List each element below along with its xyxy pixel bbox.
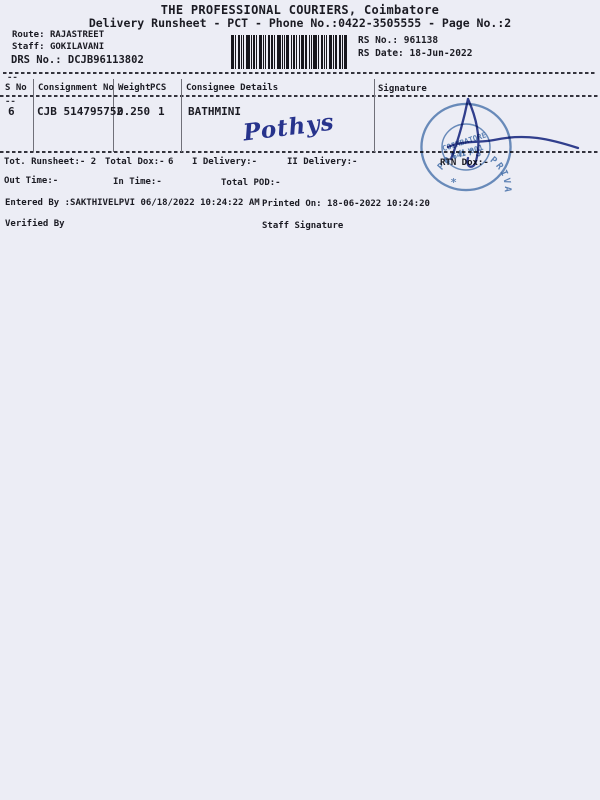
tot-runsheet-value: 2 — [91, 157, 96, 167]
i-delivery-label: I Delivery:- — [192, 157, 257, 167]
pen-flourish-signature — [438, 93, 583, 181]
col-header-signature: Signature — [378, 84, 427, 94]
rs-no-line: RS No.: 961138 — [358, 35, 438, 46]
col-header-pcs: PCS — [150, 83, 166, 93]
staff-line: Staff: GOKILAVANI — [12, 42, 104, 52]
tot-runsheet: Tot. Runsheet:- 2 — [4, 157, 96, 167]
rs-no-value: 961138 — [404, 35, 438, 46]
total-dox-value: 6 — [168, 157, 173, 167]
row-weight: 0.250 — [117, 105, 150, 118]
staff-signature-label: Staff Signature — [262, 221, 343, 231]
total-pod-label: Total POD:- — [221, 178, 281, 188]
staff-value: GOKILAVANI — [50, 42, 104, 52]
route-value: RAJASTREET — [50, 30, 104, 40]
runsheet-document: THE PROFESSIONAL COURIERS, Coimbatore De… — [0, 0, 600, 800]
dash-artifact-1: -- — [7, 73, 18, 83]
col-separator-1 — [33, 79, 34, 152]
barcode — [231, 35, 348, 69]
col-header-consignee: Consignee Details — [186, 83, 278, 93]
rs-no-label: RS No.: — [358, 35, 398, 46]
col-header-sno: S No — [5, 83, 27, 93]
page-title: THE PROFESSIONAL COURIERS, Coimbatore — [0, 3, 600, 17]
rs-date-label: RS Date: — [358, 48, 404, 59]
page-subtitle: Delivery Runsheet - PCT - Phone No.:0422… — [0, 16, 600, 30]
col-header-consignment: Consignment No — [38, 83, 114, 93]
drs-label: DRS No.: — [11, 54, 62, 66]
row-consignee: BATHMINI — [188, 105, 241, 118]
printed-on-line: Printed On: 18-06-2022 10:24:20 — [262, 199, 430, 209]
rs-date-value: 18-Jun-2022 — [410, 48, 473, 59]
drs-value: DCJB96113802 — [68, 54, 144, 66]
verified-by-label: Verified By — [5, 219, 65, 229]
row-sno: 6 — [8, 105, 15, 118]
entered-by-line: Entered By :SAKTHIVELPVI 06/18/2022 10:2… — [5, 198, 260, 208]
ii-delivery-label: II Delivery:- — [287, 157, 357, 167]
col-separator-3 — [181, 79, 182, 152]
tot-runsheet-label: Tot. Runsheet:- — [4, 157, 85, 167]
out-time-label: Out Time:- — [4, 176, 58, 186]
total-dox-label: Total Dox:- — [105, 157, 165, 167]
route-line: Route: RAJASTREET — [12, 30, 104, 40]
staff-label: Staff: — [12, 42, 45, 52]
col-separator-4 — [374, 79, 375, 152]
handwritten-signature: Pothys — [242, 109, 336, 147]
row-consignment: CJB 514795752 — [37, 105, 123, 118]
divider-top — [3, 72, 597, 74]
route-label: Route: — [12, 30, 45, 40]
rs-date-line: RS Date: 18-Jun-2022 — [358, 48, 472, 59]
drs-line: DRS No.: DCJB96113802 — [11, 54, 144, 66]
col-header-weight: Weight — [118, 83, 151, 93]
row-pcs: 1 — [158, 105, 165, 118]
in-time-label: In Time:- — [113, 177, 162, 187]
